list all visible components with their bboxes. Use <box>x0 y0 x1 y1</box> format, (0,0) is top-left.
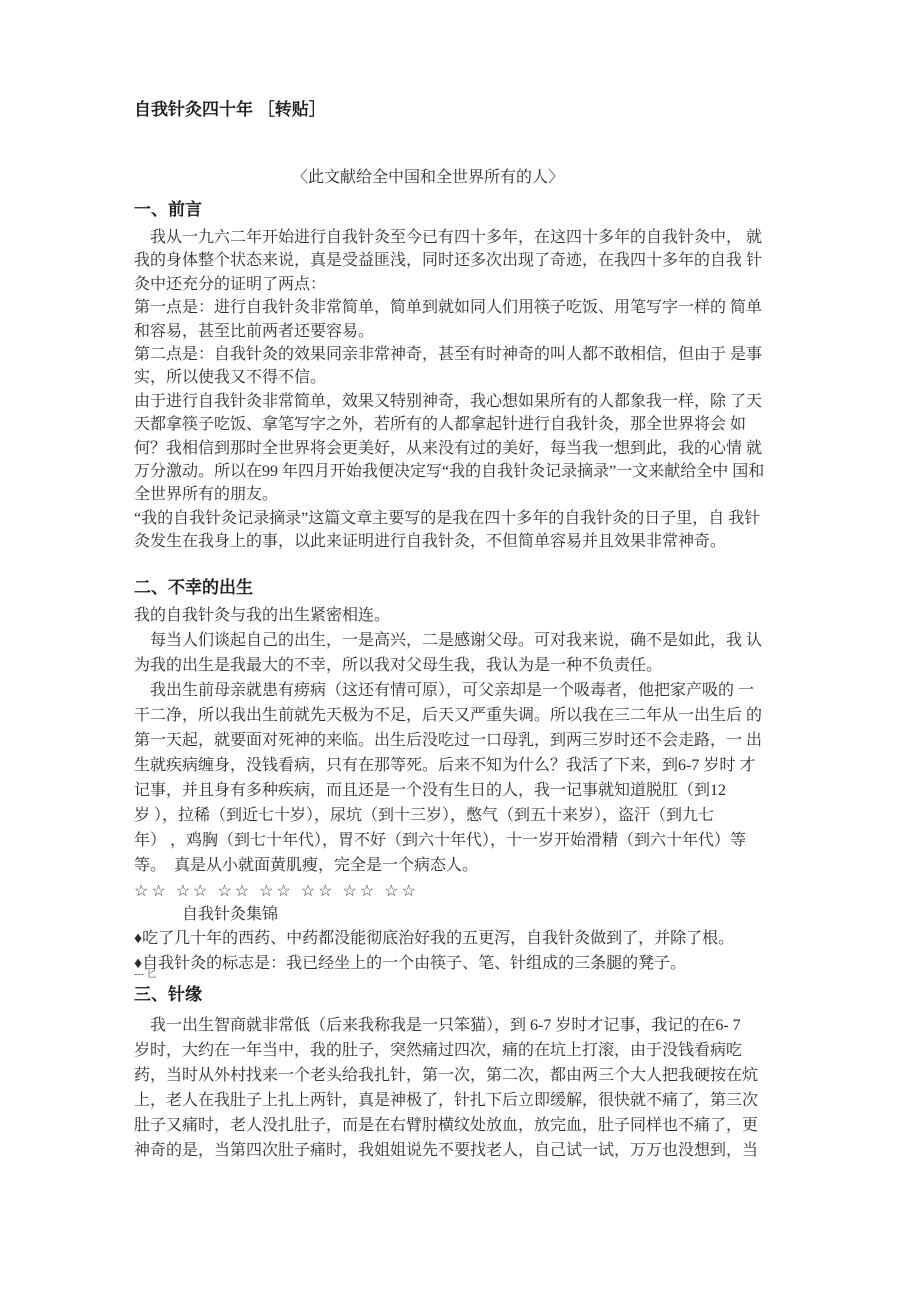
section-heading: 三、针缘 <box>134 984 874 1006</box>
paragraph: 我的自我针灸与我的出生紧密相连。 每当人们谈起自己的出生，一是高兴，二是感谢父母… <box>134 603 874 878</box>
bullet-item: ♦吃了几十年的西药、中药都没能彻底治好我的五更泻，自我针灸做到了，并除了根。 <box>134 926 874 951</box>
document-title: 自我针灸四十年 ［转贴］ <box>134 99 874 121</box>
document-page: 自我针灸四十年 ［转贴］〈此文献给全中国和全世界所有的人〉一、前言 我从一九六二… <box>134 0 874 1163</box>
section-heading: 一、前言 <box>134 199 874 221</box>
dedication-line: 〈此文献给全中国和全世界所有的人〉 <box>134 167 874 189</box>
section-heading: 二、不幸的出生 <box>134 577 874 599</box>
paragraph: 我从一九六二年开始进行自我针灸至今已有四十多年，在这四十多年的自我针灸中， 就 … <box>134 226 874 554</box>
stars-divider: ☆☆ ☆☆ ☆☆ ☆☆ ☆☆ ☆☆ ☆☆ <box>134 881 874 903</box>
paragraph: 我一出生智商就非常低（后来我称我是一只笨猫），到 6-7 岁时才记事，我记的在6… <box>134 1013 874 1163</box>
collection-subtitle: 自我针灸集锦 <box>134 903 874 926</box>
